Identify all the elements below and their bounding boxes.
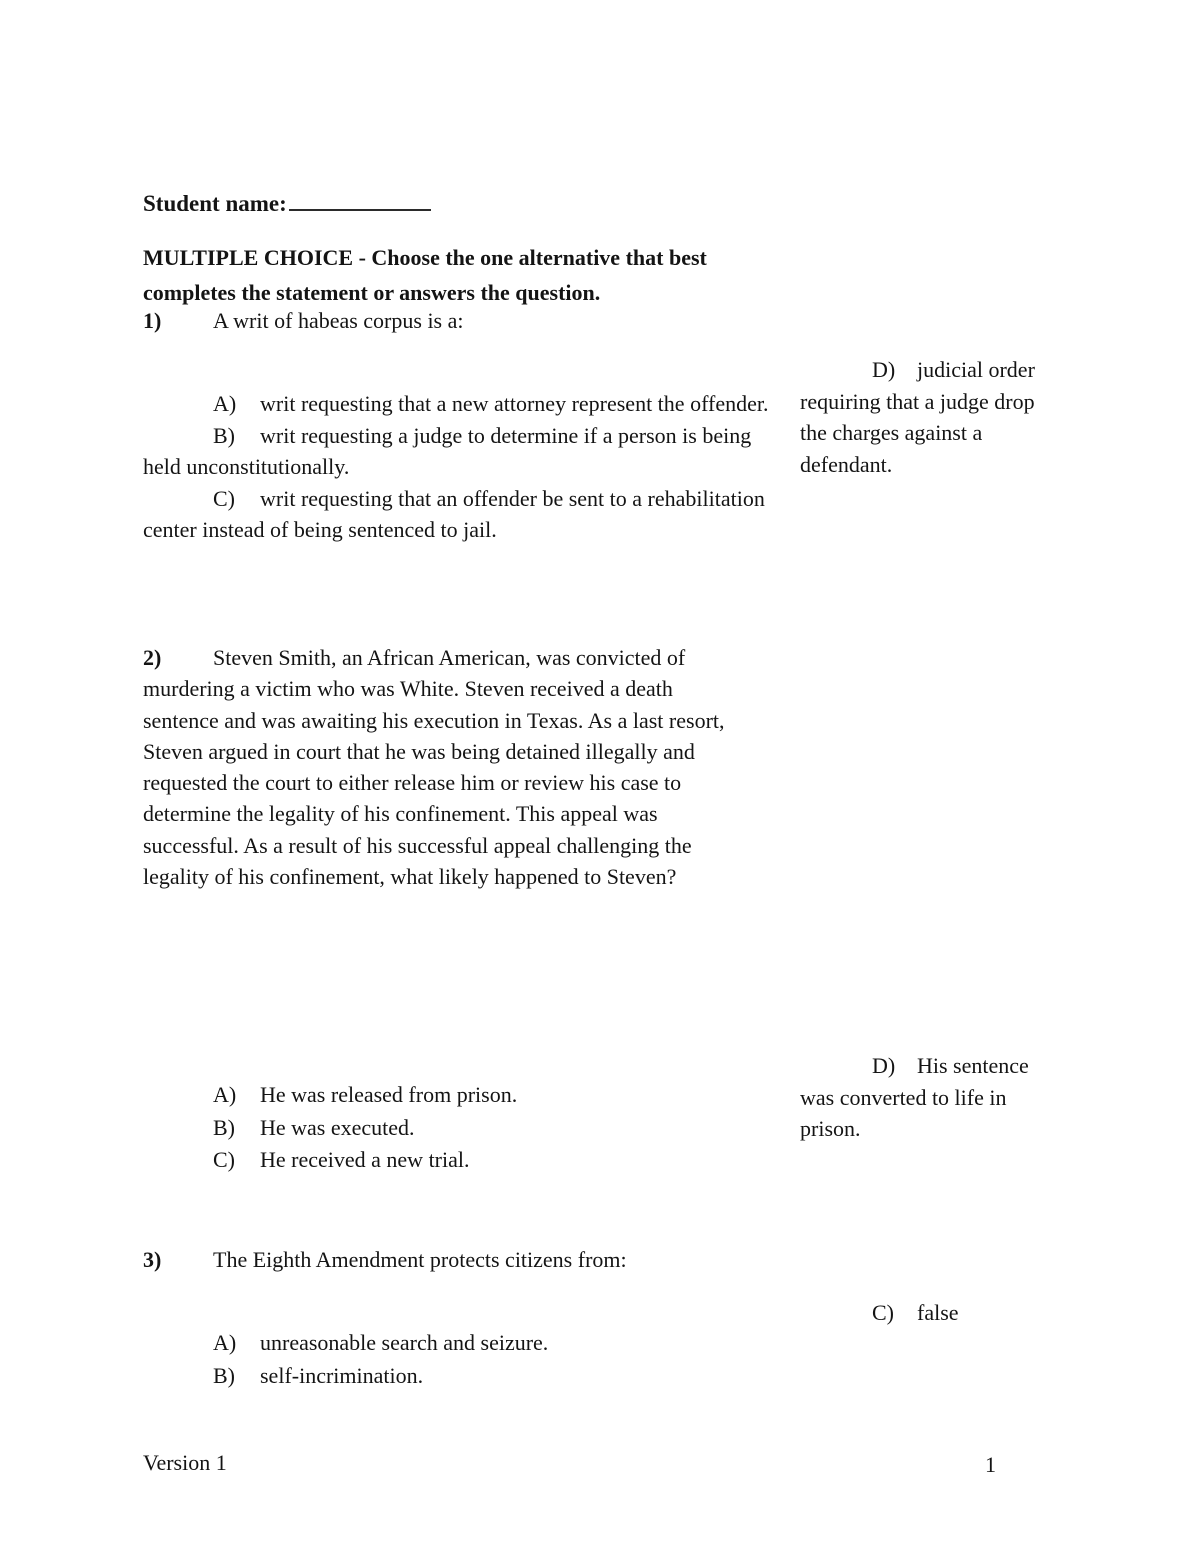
question-3-prompt-text: The Eighth Amendment protects citizens f… (213, 1247, 627, 1272)
student-name-blank-line (289, 189, 431, 211)
student-name-label: Student name: (143, 191, 287, 216)
question-1-text: 1)A writ of habeas corpus is a: (143, 305, 763, 337)
question-1-prompt-text: A writ of habeas corpus is a: (213, 308, 464, 333)
question-3-choice-b: B)self-incrimination. (143, 1360, 771, 1393)
footer-page-number: 1 (985, 1449, 996, 1481)
question-2-choices: A)He was released from prison. B)He was … (143, 1079, 771, 1177)
test-document-page: Student name: MULTIPLE CHOICE - Choose t… (0, 0, 1200, 1553)
choice-label: C) (872, 1297, 917, 1329)
question-3-choice-a: A)unreasonable search and seizure. (143, 1327, 771, 1360)
footer-version-label: Version 1 (143, 1447, 227, 1479)
choice-label: D) (872, 1050, 917, 1082)
choice-label: A) (213, 1079, 260, 1112)
question-1-choice-d: D)judicial order requiring that a judge … (800, 354, 1058, 480)
choice-label: C) (213, 1144, 260, 1177)
question-2-prompt: 2)Steven Smith, an African American, was… (143, 642, 743, 892)
question-2-choice-a: A)He was released from prison. (143, 1079, 771, 1112)
choice-text: He was executed. (260, 1115, 415, 1140)
question-2-number: 2) (143, 642, 213, 673)
question-1-choices: A)writ requesting that a new attorney re… (143, 388, 771, 546)
question-1-prompt: 1)A writ of habeas corpus is a: (143, 305, 763, 337)
choice-label: A) (213, 388, 260, 420)
choice-label: B) (213, 1112, 260, 1145)
question-3-choice-c: C)false (800, 1297, 1058, 1329)
choice-text: judicial order requiring that a judge dr… (800, 357, 1035, 477)
choice-text: false (917, 1300, 959, 1325)
choice-label: B) (213, 1360, 260, 1393)
question-2-prompt-text: Steven Smith, an African American, was c… (143, 645, 725, 889)
question-1-choice-c: C)writ requesting that an offender be se… (143, 483, 771, 546)
student-name-row: Student name: (143, 188, 431, 220)
multiple-choice-instructions: MULTIPLE CHOICE - Choose the one alterna… (143, 240, 743, 310)
choice-text: self-incrimination. (260, 1363, 423, 1388)
question-3-choices: A)unreasonable search and seizure. B)sel… (143, 1327, 771, 1392)
choice-text: unreasonable search and seizure. (260, 1330, 548, 1355)
choice-label: D) (872, 354, 917, 386)
choice-label: B) (213, 420, 260, 452)
choice-text: He was released from prison. (260, 1082, 517, 1107)
question-1-choice-b: B)writ requesting a judge to determine i… (143, 420, 771, 483)
choice-text: writ requesting that a new attorney repr… (260, 391, 768, 416)
question-1-choice-a: A)writ requesting that a new attorney re… (143, 388, 771, 420)
question-2-right-column: D)His sentence was converted to life in … (800, 1050, 1050, 1145)
question-2-choice-b: B)He was executed. (143, 1112, 771, 1145)
question-2-text: 2)Steven Smith, an African American, was… (143, 642, 743, 892)
question-2-choice-c: C)He received a new trial. (143, 1144, 771, 1177)
question-2-choice-d: D)His sentence was converted to life in … (800, 1050, 1050, 1145)
choice-text: He received a new trial. (260, 1147, 470, 1172)
question-1-number: 1) (143, 305, 213, 337)
choice-label: C) (213, 483, 260, 515)
choice-label: A) (213, 1327, 260, 1360)
question-1-right-column: D)judicial order requiring that a judge … (800, 354, 1058, 480)
question-3-right-column: C)false (800, 1297, 1058, 1329)
question-3-number: 3) (143, 1244, 213, 1276)
question-3-prompt: 3)The Eighth Amendment protects citizens… (143, 1244, 763, 1276)
question-3-text: 3)The Eighth Amendment protects citizens… (143, 1244, 763, 1276)
